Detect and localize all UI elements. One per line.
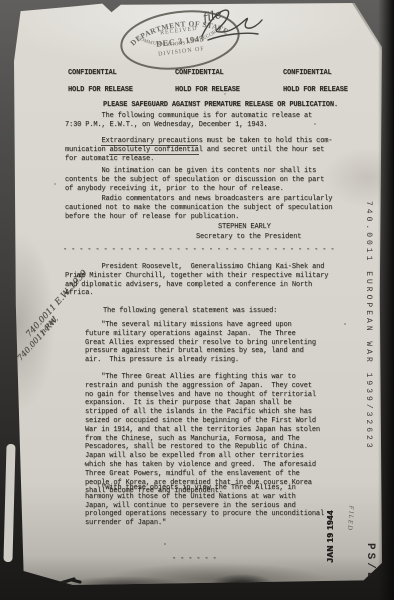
release-paragraph-4: Radio commentators and news broadcasters… <box>65 195 339 221</box>
hold-for-release-label-left: HOLD FOR RELEASE <box>68 86 133 95</box>
release-paragraph-3: No intimation can be given its contents … <box>65 167 339 193</box>
statement-paragraph-3: "With these objects in view the Three Al… <box>85 484 337 528</box>
routing-initials: PS/LH <box>364 543 376 591</box>
tear-mark <box>16 573 86 600</box>
underline-extraordinary-precautions <box>101 145 198 146</box>
filed-stamp: FILED <box>343 505 354 542</box>
backing-page-edge <box>3 444 15 562</box>
date-stamp: JAN 19 1944 <box>326 503 338 563</box>
corner-fold <box>352 3 382 51</box>
safeguard-notice: PLEASE SAFEGUARD AGAINST PREMATURE RELEA… <box>103 101 338 110</box>
confidential-label-left: CONFIDENTIAL <box>68 69 117 78</box>
communique-intro: President Roosevelt, Generalissimo Chian… <box>65 263 339 298</box>
confidential-label-right: CONFIDENTIAL <box>283 69 332 78</box>
underline-absolutely-confidential <box>109 154 199 155</box>
hold-for-release-label-center: HOLD FOR RELEASE <box>175 86 240 95</box>
file-number-margin: 740.0011 EUROPEAN WAR 1939/32623 <box>364 201 373 451</box>
statement-paragraph-2: "The Three Great Allies are fighting thi… <box>85 373 337 496</box>
signature-name: STEPHEN EARLY <box>218 223 271 232</box>
statement-lead: The following general statement was issu… <box>103 307 277 316</box>
document-page: DEPARTMENT OF STATE RECEIVED DEC 3 1943 … <box>14 3 382 585</box>
photographed-document: DEPARTMENT OF STATE RECEIVED DEC 3 1943 … <box>0 0 394 600</box>
separator-dashes: - - - - - - - - - - - - - - - - - - - - … <box>63 246 345 255</box>
signature-title: Secretary to the President <box>196 233 301 242</box>
hold-for-release-label-right: HOLD FOR RELEASE <box>283 86 348 95</box>
confidential-label-center: CONFIDENTIAL <box>175 69 224 78</box>
paper-speckles <box>14 3 16 5</box>
release-paragraph-1: The following communique is for automati… <box>65 112 339 130</box>
release-paragraph-2: Extraordinary precautions must be taken … <box>65 137 339 163</box>
file-handwriting: file <box>194 4 272 48</box>
file-note-text: file <box>200 7 223 25</box>
bottom-separator: - - - - - - <box>172 555 252 564</box>
statement-paragraph-1: "The several military missions have agre… <box>85 321 337 365</box>
